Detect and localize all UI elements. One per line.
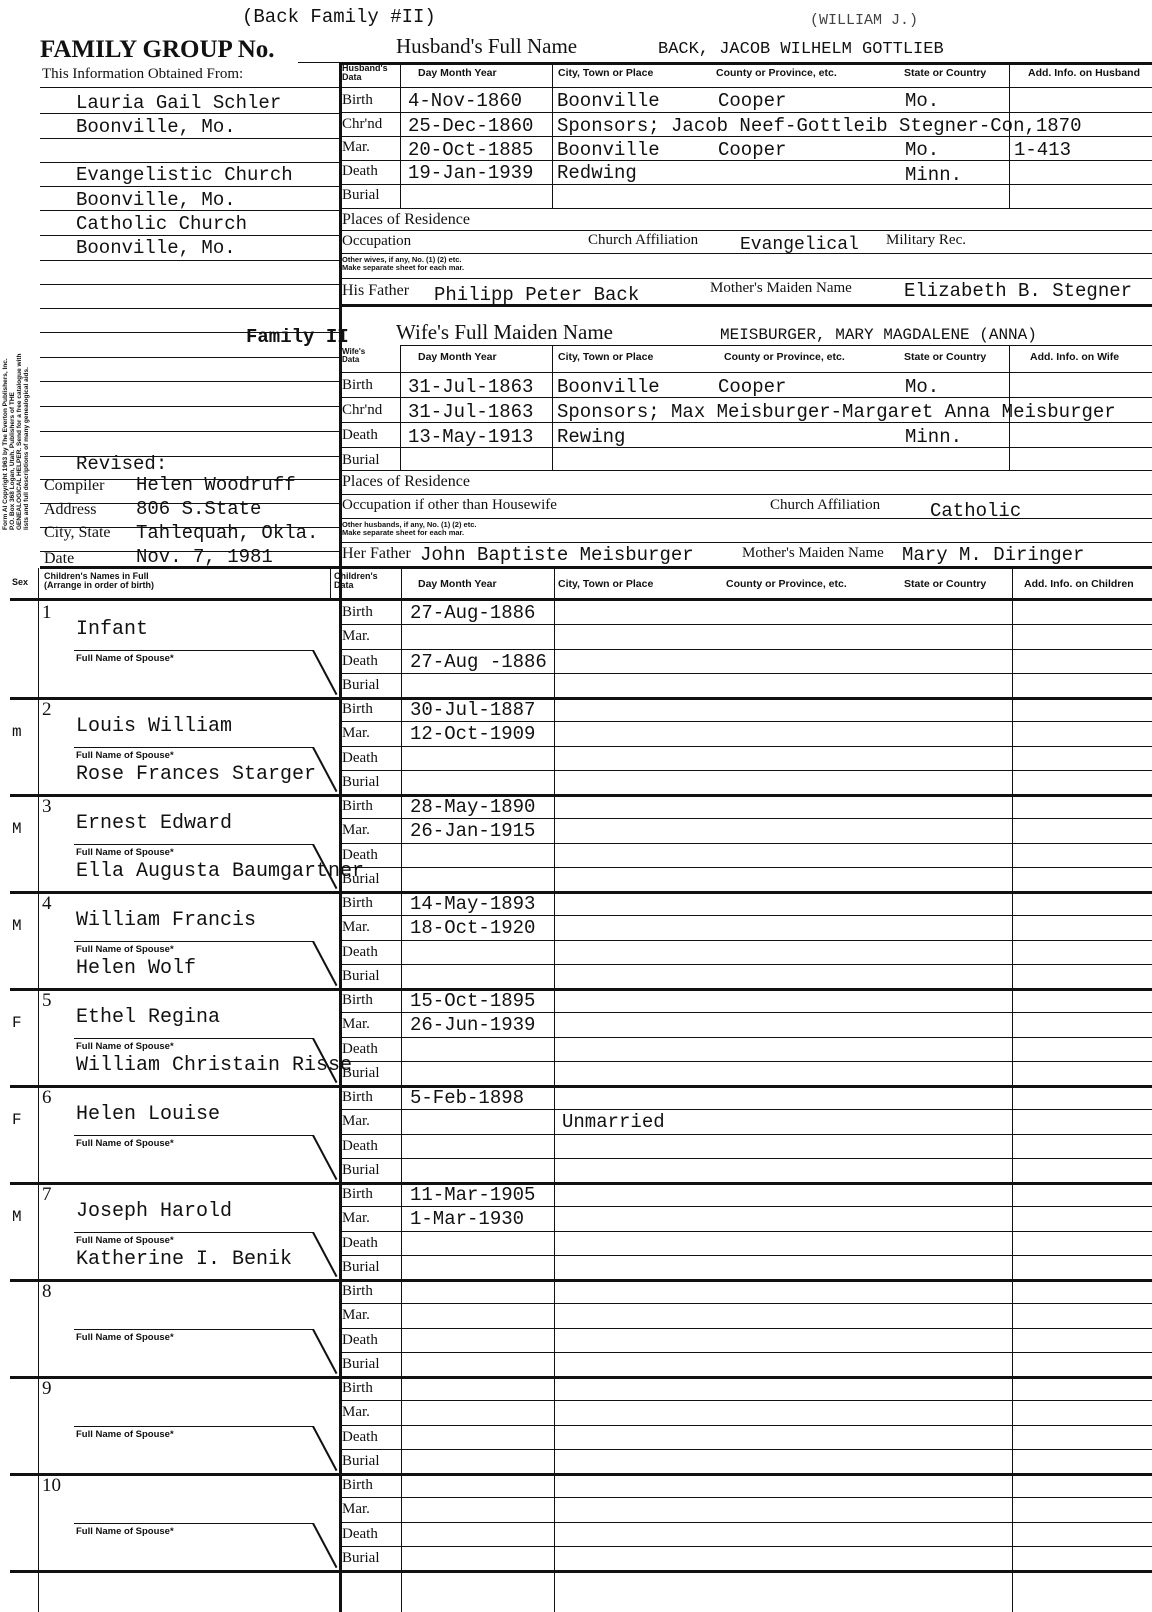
child-birth-label: Birth xyxy=(342,1283,373,1300)
date-value[interactable]: Nov. 7, 1981 xyxy=(136,546,273,568)
divider xyxy=(340,1328,1152,1329)
spouse-diagonal xyxy=(313,1232,338,1277)
husband-death-state[interactable]: Minn. xyxy=(905,164,962,186)
divider xyxy=(340,1134,1152,1135)
child-note[interactable]: Unmarried xyxy=(562,1111,665,1133)
divider xyxy=(340,470,1152,471)
child-spouse[interactable]: Helen Wolf xyxy=(76,957,196,980)
spouse-line xyxy=(74,1523,314,1524)
wife-church-value[interactable]: Catholic xyxy=(930,500,1021,522)
wife-father-label: Her Father xyxy=(342,545,411,563)
divider xyxy=(340,915,1152,916)
child-death-label: Death xyxy=(342,847,378,864)
child-birth-label: Birth xyxy=(342,895,373,912)
spouse-label: Full Name of Spouse* xyxy=(76,653,174,664)
spouse-label: Full Name of Spouse* xyxy=(76,1041,174,1052)
divider xyxy=(10,697,1152,700)
wife-birth-county[interactable]: Cooper xyxy=(718,376,786,398)
divider xyxy=(40,406,340,407)
child-number: 3 xyxy=(42,796,52,818)
child-birth-date[interactable]: 14-May-1893 xyxy=(410,893,535,915)
divider xyxy=(340,818,1152,819)
child-birth-date[interactable]: 28-May-1890 xyxy=(410,796,535,818)
children-names-header: Children's Names in Full (Arrange in ord… xyxy=(44,572,154,590)
wife-col-city: City, Town or Place xyxy=(558,351,653,363)
divider xyxy=(340,649,1152,650)
spouse-line xyxy=(74,1232,314,1233)
divider xyxy=(40,235,340,236)
child-birth-label: Birth xyxy=(342,992,373,1009)
divider xyxy=(340,843,1152,844)
divider xyxy=(340,494,1152,495)
spouse-label: Full Name of Spouse* xyxy=(76,944,174,955)
spouse-label: Full Name of Spouse* xyxy=(76,847,174,858)
divider xyxy=(40,431,340,432)
spouse-label: Full Name of Spouse* xyxy=(76,1235,174,1246)
divider xyxy=(340,1449,1152,1450)
child-mar-date[interactable]: 1-Mar-1930 xyxy=(410,1208,524,1230)
divider xyxy=(330,568,331,598)
divider xyxy=(340,1231,1152,1232)
divider xyxy=(552,345,553,470)
divider xyxy=(340,230,1152,231)
child-sex[interactable]: F xyxy=(12,1111,22,1129)
child-death-label: Death xyxy=(342,1332,378,1349)
wife-death-date[interactable]: 13-May-1913 xyxy=(408,426,533,448)
spouse-diagonal xyxy=(313,1523,338,1568)
husband-mar-label: Mar. xyxy=(342,139,370,156)
divider xyxy=(340,1303,1152,1304)
children-col-day-month-year: Day Month Year xyxy=(418,578,497,590)
husband-military-label: Military Rec. xyxy=(886,232,966,249)
divider xyxy=(40,260,340,261)
child-mar-label: Mar. xyxy=(342,1404,370,1421)
wife-death-state[interactable]: Minn. xyxy=(905,426,962,448)
wife-mother-label: Mother's Maiden Name xyxy=(742,545,884,562)
child-spouse[interactable]: William Christain Risse xyxy=(76,1054,352,1077)
child-death-label: Death xyxy=(342,750,378,767)
child-name[interactable]: Helen Louise xyxy=(76,1103,220,1126)
divider xyxy=(38,568,39,1612)
wife-residence-label: Places of Residence xyxy=(342,473,470,491)
spouse-label: Full Name of Spouse* xyxy=(76,1138,174,1149)
divider xyxy=(340,278,1152,279)
divider xyxy=(340,1546,1152,1547)
divider xyxy=(40,357,340,358)
divider xyxy=(10,598,1152,601)
other-husbands-label: Other husbands, if any, No. (1) (2) etc.… xyxy=(342,521,476,537)
divider xyxy=(1012,568,1013,1612)
source-line-6[interactable]: Catholic Church xyxy=(76,213,247,235)
wife-birth-state[interactable]: Mo. xyxy=(905,376,939,398)
wife-col-state: State or Country xyxy=(904,351,986,363)
spouse-diagonal xyxy=(313,650,338,695)
wife-chrnd-date[interactable]: 31-Jul-1863 xyxy=(408,401,533,423)
divider xyxy=(10,1085,1152,1088)
child-number: 7 xyxy=(42,1184,52,1206)
child-name[interactable]: Ethel Regina xyxy=(76,1006,220,1029)
child-number: 8 xyxy=(42,1281,52,1303)
husband-mother-label: Mother's Maiden Name xyxy=(710,280,852,297)
col-county: County or Province, etc. xyxy=(716,67,837,79)
divider xyxy=(340,721,1152,722)
divider xyxy=(340,372,1152,373)
wife-birth-label: Birth xyxy=(342,377,373,394)
child-mar-label: Mar. xyxy=(342,1016,370,1033)
divider xyxy=(10,794,1152,797)
child-name[interactable]: Infant xyxy=(76,618,148,641)
source-line-5[interactable]: Boonville, Mo. xyxy=(76,189,236,211)
divider xyxy=(340,1425,1152,1426)
divider xyxy=(340,1061,1152,1062)
child-burial-label: Burial xyxy=(342,1259,380,1276)
husband-birth-city[interactable]: Boonville xyxy=(557,90,660,112)
child-mar-label: Mar. xyxy=(342,919,370,936)
wife-death-city[interactable]: Rewing xyxy=(557,426,625,448)
child-burial-label: Burial xyxy=(342,871,380,888)
husband-church-value[interactable]: Evangelical xyxy=(740,235,859,255)
husband-full-name[interactable]: BACK, JACOB WILHELM GOTTLIEB xyxy=(658,40,944,59)
children-col-county: County or Province, etc. xyxy=(726,578,847,590)
husband-death-label: Death xyxy=(342,163,378,180)
child-death-label: Death xyxy=(342,944,378,961)
husband-mar-info[interactable]: 1-413 xyxy=(1014,139,1071,161)
child-name[interactable]: Ernest Edward xyxy=(76,812,232,835)
divider xyxy=(552,62,553,208)
child-birth-date[interactable]: 27-Aug-1886 xyxy=(410,602,535,624)
husband-burial-label: Burial xyxy=(342,187,380,204)
child-death-label: Death xyxy=(342,1041,378,1058)
child-sex[interactable]: m xyxy=(12,723,22,741)
divider xyxy=(340,1158,1152,1159)
child-mar-label: Mar. xyxy=(342,628,370,645)
spouse-line xyxy=(74,1426,314,1427)
husband-occupation-label: Occupation xyxy=(342,233,411,250)
child-number: 10 xyxy=(42,1475,61,1497)
compiler-label: Compiler xyxy=(44,477,104,495)
divider xyxy=(340,770,1152,771)
divider xyxy=(10,1279,1152,1282)
husband-mar-state[interactable]: Mo. xyxy=(905,139,939,161)
divider xyxy=(340,542,1152,543)
child-death-label: Death xyxy=(342,1526,378,1543)
child-death-label: Death xyxy=(342,1138,378,1155)
wife-data-header: Wife'sData xyxy=(342,348,365,364)
publisher-note: Form AI Copyright 1963 by The Everton Pu… xyxy=(2,354,30,531)
city-state-value[interactable]: Tahlequah, Okla. xyxy=(136,522,318,544)
child-number: 5 xyxy=(42,990,52,1012)
divider xyxy=(340,518,1152,519)
child-sex[interactable]: M xyxy=(12,820,22,838)
wife-occupation-label: Occupation if other than Housewife xyxy=(342,497,557,514)
wife-full-name[interactable]: MEISBURGER, MARY MAGDALENE (ANNA) xyxy=(720,326,1037,344)
divider xyxy=(400,345,401,470)
child-burial-label: Burial xyxy=(342,1453,380,1470)
child-birth-label: Birth xyxy=(342,1186,373,1203)
child-sex[interactable]: F xyxy=(12,1014,22,1032)
divider xyxy=(340,867,1152,868)
divider xyxy=(340,964,1152,965)
annotation-back-family: (Back Family #II) xyxy=(242,6,436,28)
spouse-diagonal xyxy=(313,1135,338,1180)
divider xyxy=(40,284,340,285)
child-birth-label: Birth xyxy=(342,604,373,621)
child-death-date[interactable]: 27-Aug -1886 xyxy=(410,651,547,673)
wife-chrnd-label: Chr'nd xyxy=(342,402,382,419)
husband-residence-label: Places of Residence xyxy=(342,211,470,229)
divider xyxy=(340,62,1152,65)
divider xyxy=(10,1182,1152,1185)
husband-birth-label: Birth xyxy=(342,92,373,109)
child-birth-label: Birth xyxy=(342,1380,373,1397)
child-burial-label: Burial xyxy=(342,677,380,694)
children-col-add-info: Add. Info. on Children xyxy=(1024,578,1134,590)
child-number: 1 xyxy=(42,602,52,624)
divider xyxy=(340,624,1152,625)
divider xyxy=(340,112,1152,113)
divider xyxy=(340,1255,1152,1256)
divider xyxy=(340,1352,1152,1353)
source-line-4[interactable]: Evangelistic Church xyxy=(76,164,293,186)
annotation-william: (WILLIAM J.) xyxy=(810,12,918,29)
husband-mar-date[interactable]: 20-Oct-1885 xyxy=(408,139,533,161)
divider xyxy=(340,1206,1152,1207)
husband-birth-county[interactable]: Cooper xyxy=(718,90,786,112)
child-sex[interactable]: M xyxy=(12,1208,22,1226)
divider xyxy=(340,208,1152,209)
child-mar-label: Mar. xyxy=(342,822,370,839)
spouse-line xyxy=(74,844,314,845)
info-obtained-label: This Information Obtained From: xyxy=(42,66,243,83)
wife-name-label: Wife's Full Maiden Name xyxy=(396,320,613,345)
child-sex[interactable]: M xyxy=(12,917,22,935)
compiler-value[interactable]: Helen Woodruff xyxy=(136,474,296,496)
spouse-diagonal xyxy=(313,941,338,986)
divider xyxy=(401,568,402,1612)
child-death-label: Death xyxy=(342,653,378,670)
wife-mother-value[interactable]: Mary M. Diringer xyxy=(902,544,1084,566)
city-state-label: City, State xyxy=(44,524,111,542)
form-title: FAMILY GROUP No. xyxy=(40,36,275,64)
divider xyxy=(340,940,1152,941)
divider xyxy=(40,186,340,187)
wife-chrnd-sponsors[interactable]: Sponsors; Max Meisburger-Margaret Anna M… xyxy=(557,401,1116,423)
divider xyxy=(10,1376,1152,1379)
sex-header: Sex xyxy=(12,578,28,587)
child-birth-date[interactable]: 11-Mar-1905 xyxy=(410,1184,535,1206)
spouse-line xyxy=(74,941,314,942)
child-name[interactable]: Joseph Harold xyxy=(76,1200,232,1223)
child-spouse[interactable]: Katherine I. Benik xyxy=(76,1248,292,1271)
wife-birth-city[interactable]: Boonville xyxy=(557,376,660,398)
address-label: Address xyxy=(44,501,96,519)
child-number: 2 xyxy=(42,699,52,721)
child-burial-label: Burial xyxy=(342,968,380,985)
husband-chrnd-label: Chr'nd xyxy=(342,116,382,133)
divider xyxy=(340,1109,1152,1110)
divider xyxy=(10,891,1152,894)
child-number: 9 xyxy=(42,1378,52,1400)
child-burial-label: Burial xyxy=(342,1356,380,1373)
divider xyxy=(554,568,555,1612)
other-wives-label: Other wives, if any, No. (1) (2) etc. Ma… xyxy=(342,256,464,272)
husband-father-label: His Father xyxy=(342,282,409,300)
col-day-month-year: Day Month Year xyxy=(418,67,497,79)
source-line-2[interactable]: Boonville, Mo. xyxy=(76,116,236,138)
wife-father-value[interactable]: John Baptiste Meisburger xyxy=(420,544,694,566)
spouse-diagonal xyxy=(313,1426,338,1471)
spouse-diagonal xyxy=(313,747,338,792)
spouse-label: Full Name of Spouse* xyxy=(76,1429,174,1440)
husband-mother-value[interactable]: Elizabeth B. Stegner xyxy=(904,280,1132,302)
divider xyxy=(340,184,1152,185)
child-birth-date[interactable]: 5-Feb-1898 xyxy=(410,1087,524,1109)
wife-col-county: County or Province, etc. xyxy=(724,351,845,363)
children-data-header: Children'sData xyxy=(334,572,378,590)
child-name[interactable]: William Francis xyxy=(76,909,256,932)
divider xyxy=(40,381,340,382)
child-death-label: Death xyxy=(342,1429,378,1446)
divider xyxy=(10,1570,1152,1573)
husband-chrnd-date[interactable]: 25-Dec-1860 xyxy=(408,115,533,137)
divider xyxy=(40,308,340,309)
divider xyxy=(340,746,1152,747)
divider xyxy=(340,1400,1152,1401)
child-birth-date[interactable]: 15-Oct-1895 xyxy=(410,990,535,1012)
divider xyxy=(340,673,1152,674)
child-burial-label: Burial xyxy=(342,1550,380,1567)
child-burial-label: Burial xyxy=(342,774,380,791)
divider xyxy=(340,1037,1152,1038)
spouse-line xyxy=(74,1038,314,1039)
husband-father-value[interactable]: Philipp Peter Back xyxy=(434,284,639,306)
revised-label: Revised: xyxy=(76,453,167,475)
children-col-state: State or Country xyxy=(904,578,986,590)
husband-church-label: Church Affiliation xyxy=(588,232,698,249)
husband-birth-state[interactable]: Mo. xyxy=(905,90,939,112)
child-birth-label: Birth xyxy=(342,701,373,718)
husband-death-city[interactable]: Redwing xyxy=(557,162,637,184)
child-mar-label: Mar. xyxy=(342,1113,370,1130)
wife-church-label: Church Affiliation xyxy=(770,497,880,514)
spouse-diagonal xyxy=(313,1329,338,1374)
spouse-line xyxy=(74,650,314,651)
wife-col-day-month-year: Day Month Year xyxy=(418,351,497,363)
wife-death-label: Death xyxy=(342,427,378,444)
husband-chrnd-sponsors[interactable]: Sponsors; Jacob Neef-Gottleib Stegner-Co… xyxy=(557,115,1082,137)
child-birth-label: Birth xyxy=(342,1089,373,1106)
wife-birth-date[interactable]: 31-Jul-1863 xyxy=(408,376,533,398)
husband-death-date[interactable]: 19-Jan-1939 xyxy=(408,162,533,184)
divider xyxy=(340,1012,1152,1013)
child-mar-label: Mar. xyxy=(342,1501,370,1518)
child-birth-date[interactable]: 30-Jul-1887 xyxy=(410,699,535,721)
wife-burial-label: Burial xyxy=(342,452,380,469)
divider xyxy=(10,1473,1152,1476)
divider xyxy=(340,1497,1152,1498)
divider xyxy=(40,566,1152,569)
col-city: City, Town or Place xyxy=(558,67,653,79)
divider xyxy=(40,162,340,163)
child-mar-label: Mar. xyxy=(342,1210,370,1227)
divider xyxy=(40,87,1152,88)
spouse-line xyxy=(74,747,314,748)
children-col-city: City, Town or Place xyxy=(558,578,653,590)
child-number: 4 xyxy=(42,893,52,915)
col-add-info-husband: Add. Info. on Husband xyxy=(1028,67,1140,79)
wife-col-add-info: Add. Info. on Wife xyxy=(1030,351,1119,363)
child-mar-label: Mar. xyxy=(342,1307,370,1324)
spouse-label: Full Name of Spouse* xyxy=(76,1526,174,1537)
child-death-label: Death xyxy=(342,1235,378,1252)
child-mar-date[interactable]: 18-Oct-1920 xyxy=(410,917,535,939)
husband-birth-date[interactable]: 4-Nov-1860 xyxy=(408,90,522,112)
spouse-line xyxy=(74,1329,314,1330)
husband-mar-city[interactable]: Boonville xyxy=(557,139,660,161)
child-mar-date[interactable]: 26-Jan-1915 xyxy=(410,820,535,842)
child-name[interactable]: Louis William xyxy=(76,715,232,738)
husband-data-header: Husband'sData xyxy=(342,64,388,82)
child-spouse[interactable]: Ella Augusta Baumgartner xyxy=(76,860,364,883)
child-spouse[interactable]: Rose Frances Starger xyxy=(76,763,316,786)
husband-name-label: Husband's Full Name xyxy=(396,34,577,59)
divider xyxy=(400,62,401,208)
child-birth-label: Birth xyxy=(342,1477,373,1494)
spouse-label: Full Name of Spouse* xyxy=(76,1332,174,1343)
child-mar-date[interactable]: 26-Jun-1939 xyxy=(410,1014,535,1036)
address-value[interactable]: 806 S.State xyxy=(136,498,261,520)
child-mar-date[interactable]: 12-Oct-1909 xyxy=(410,723,535,745)
divider xyxy=(40,138,340,139)
husband-mar-county[interactable]: Cooper xyxy=(718,139,786,161)
family-marker: Family II xyxy=(246,326,349,348)
source-line-7[interactable]: Boonville, Mo. xyxy=(76,237,236,259)
col-state: State or Country xyxy=(904,67,986,79)
child-burial-label: Burial xyxy=(342,1162,380,1179)
child-burial-label: Burial xyxy=(342,1065,380,1082)
divider xyxy=(10,988,1152,991)
child-mar-label: Mar. xyxy=(342,725,370,742)
source-line-1[interactable]: Lauria Gail Schler xyxy=(76,92,281,114)
divider xyxy=(340,1522,1152,1523)
divider xyxy=(400,345,1152,346)
child-number: 6 xyxy=(42,1087,52,1109)
spouse-line xyxy=(74,1135,314,1136)
spouse-label: Full Name of Spouse* xyxy=(76,750,174,761)
child-birth-label: Birth xyxy=(342,798,373,815)
